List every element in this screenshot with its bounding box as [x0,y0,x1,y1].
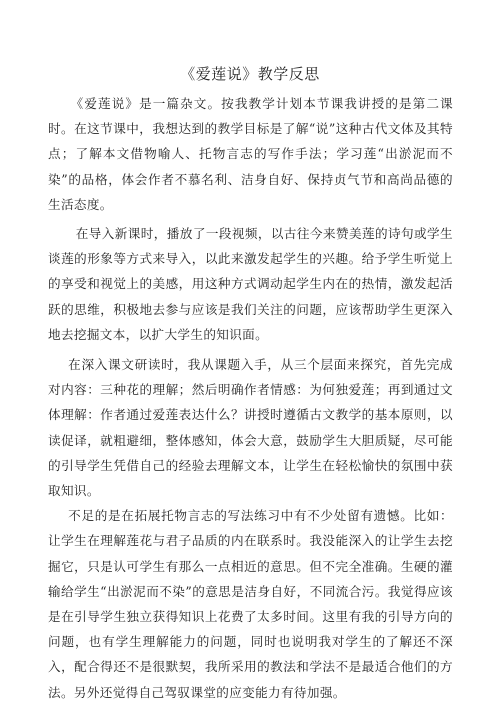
document-page: 《爱莲说》教学反思 《爱莲说》是一篇杂文。按我教学计划本节课我讲授的是第二课时。… [0,0,500,707]
paragraph-text-study: 在深入课文研读时，我从课题入手，从三个层面来探究，首先完成对内容：三种花的理解；… [48,352,453,503]
paragraph-introduction: 《爱莲说》是一篇杂文。按我教学计划本节课我讲授的是第二课时。在这节课中，我想达到… [48,91,453,217]
document-body: 《爱莲说》是一篇杂文。按我教学计划本节课我讲授的是第二课时。在这节课中，我想达到… [48,91,453,705]
paragraph-lesson-introduction: 在导入新课时，播放了一段视频，以古往今来赞美莲的诗句或学生谈莲的形象等方式来导入… [48,221,453,347]
document-title: 《爱莲说》教学反思 [0,64,500,84]
paragraph-shortcomings: 不足的是在拓展托物言志的写法练习中有不少处留有遗憾。比如：让学生在理解莲花与君子… [48,503,453,705]
